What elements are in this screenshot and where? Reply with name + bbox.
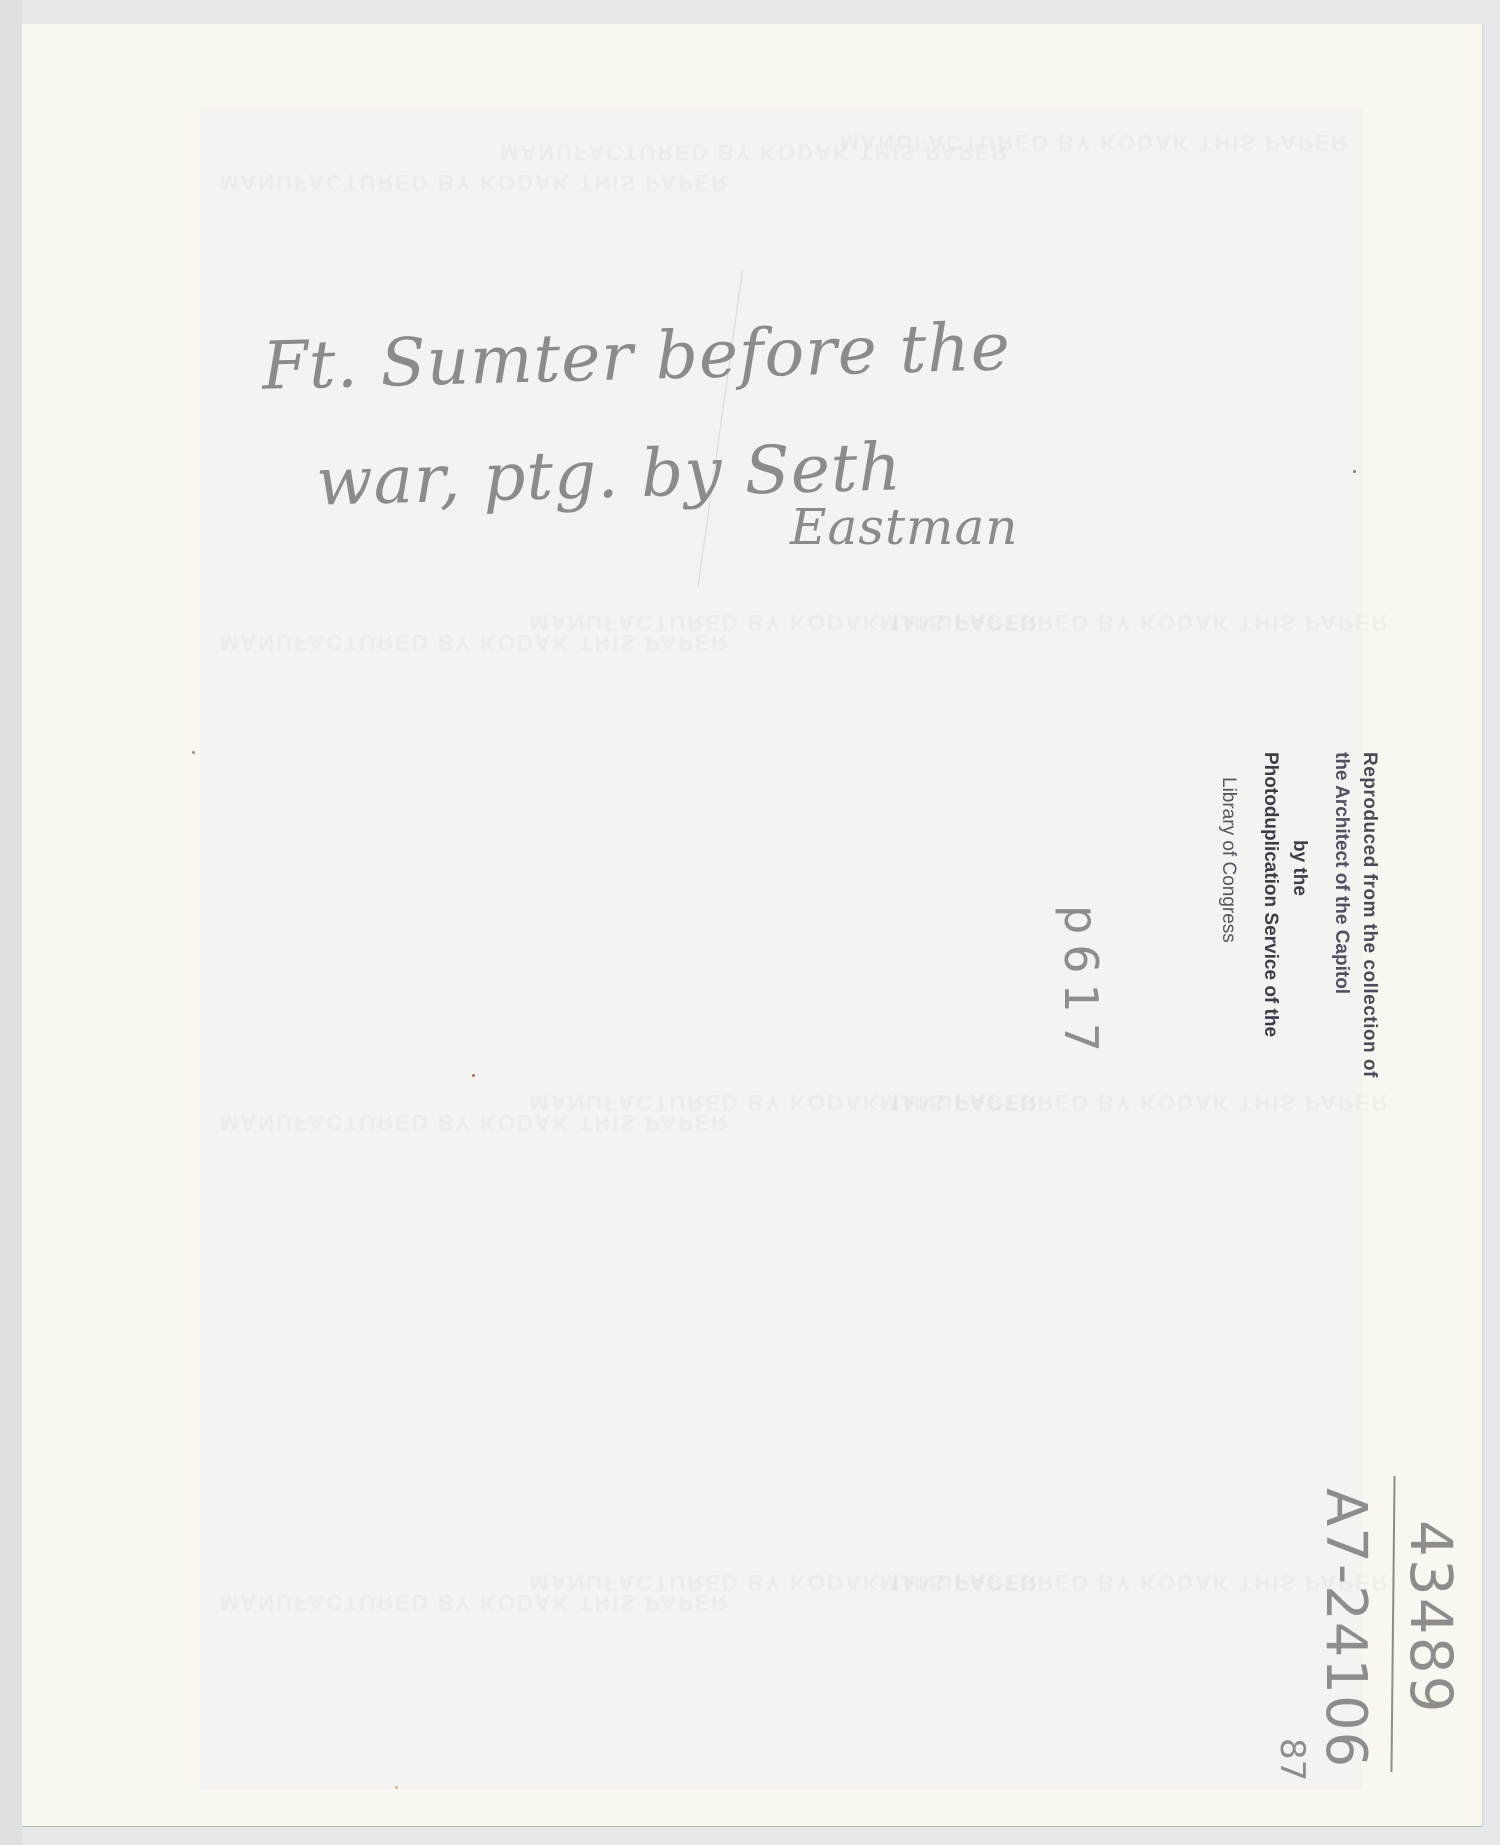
stamp-line-2: the Architect of the Capitol	[1330, 752, 1352, 994]
handwritten-initials: 87	[1272, 1738, 1312, 1781]
page-reference: p617	[1054, 905, 1108, 1062]
stamp-line-5: Library of Congress	[1217, 777, 1239, 943]
stamp-line-4: Photoduplication Service of the	[1259, 752, 1281, 1037]
paper-speck	[472, 1074, 475, 1077]
kodak-watermark: MANUFACTURED BY KODAK THIS PAPER	[220, 169, 729, 195]
kodak-watermark: MANUFACTURED BY KODAK THIS PAPER	[880, 609, 1389, 635]
catalog-number-top: 43489	[1397, 1520, 1465, 1715]
caption-line-3: Eastman	[790, 498, 1018, 556]
kodak-watermark: MANUFACTURED BY KODAK THIS PAPER	[840, 129, 1349, 155]
library-of-congress-stamp: Reproduced from the collection of the Ar…	[1205, 752, 1495, 1042]
stamp-line-3: by the	[1288, 840, 1310, 896]
paper-speck	[395, 1786, 398, 1789]
paper-speck	[192, 751, 195, 754]
kodak-watermark: MANUFACTURED BY KODAK THIS PAPER	[880, 1089, 1389, 1115]
paper-speck	[1353, 470, 1356, 473]
scan-background	[0, 0, 22, 1845]
catalog-number-bottom: A7-24106	[1313, 1488, 1378, 1768]
stamp-line-1: Reproduced from the collection of	[1358, 752, 1380, 1078]
